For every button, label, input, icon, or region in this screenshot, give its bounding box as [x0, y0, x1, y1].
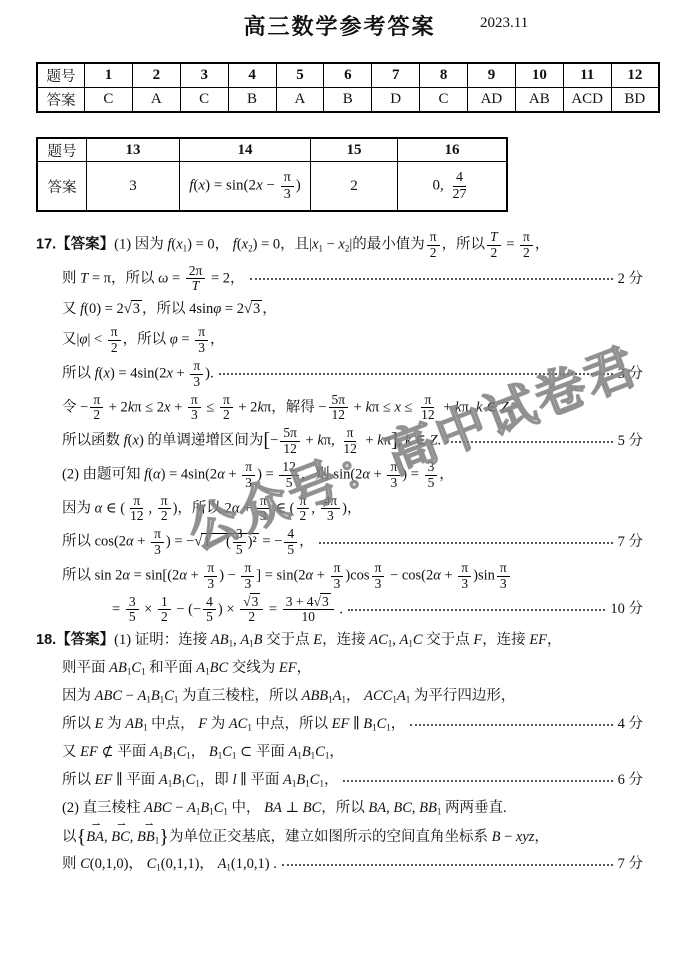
math-text: 17.【答案】(1) 因为 f(x1) = 0， f(x2) = 0，且|x1 …	[36, 230, 549, 261]
question-number: 13	[87, 138, 180, 162]
solution-line: = 35 × 12 − (−45) × √32 = 3 + 4√310 . 10…	[36, 595, 643, 626]
question-number: 5	[276, 63, 324, 88]
answer-cell: A	[132, 88, 180, 113]
solution-line: 所以 cos(2α + π3) = −√1 − (35)² = −45， 7 分	[36, 527, 643, 558]
answer-cell: B	[228, 88, 276, 113]
math-text: 所以 f(x) = 4sin(2x + π3).	[62, 359, 214, 390]
exam-date: 2023.11	[480, 15, 528, 32]
answer-cell: AD	[468, 88, 516, 113]
answer-table-1-12: 题号 1 2 3 4 5 6 7 8 9 10 11 12 答案 C A C B…	[36, 62, 660, 113]
question-number: 1	[85, 63, 133, 88]
answer-cell: C	[180, 88, 228, 113]
math-text: (2) 由题可知 f(α) = 4sin(2α + π3) = 125，则 si…	[62, 460, 454, 491]
answer-cell: 2	[311, 162, 398, 212]
math-text: 令 −π2 + 2kπ ≤ 2x + π3 ≤ π2 + 2kπ，解得 −5π1…	[62, 393, 512, 424]
math-text: 以{BA, BC, BB1}为单位正交基底，建立如图所示的空间直角坐标系 B −…	[62, 827, 549, 847]
answer-cell: ACD	[563, 88, 611, 113]
score-marker: 2 分	[618, 270, 643, 289]
solution-line: 因为 α ∈ (π12, π2)，所以 2α + π3 ∈ (π2, 4π3)，	[36, 494, 643, 525]
score-marker: 10 分	[610, 600, 643, 619]
solution-line: 以{BA, BC, BB1}为单位正交基底，建立如图所示的空间直角坐标系 B −…	[36, 824, 643, 849]
math-text: 所以 EF ∥ 平面 A1B1C1，即 l ∥ 平面 A1B1C1，	[62, 771, 338, 790]
math-text: 又|φ| < π2，所以 φ = π3，	[62, 325, 225, 356]
dotted-leader	[282, 864, 613, 866]
math-text: 所以函数 f(x) 的单调递增区间为[−5π12 + kπ, π12 + kπ]…	[62, 426, 441, 457]
math-text: 所以 sin 2α = sin[(2α + π3) − π3] = sin(2α…	[62, 561, 512, 592]
solution-line: 令 −π2 + 2kπ ≤ 2x + π3 ≤ π2 + 2kπ，解得 −5π1…	[36, 393, 643, 424]
score-marker: 3 分	[618, 365, 643, 384]
answer-cell: B	[324, 88, 372, 113]
question-number: 15	[311, 138, 398, 162]
page-title: 高三数学参考答案	[36, 10, 643, 41]
question-number: 4	[228, 63, 276, 88]
solution-line: 所以 EF ∥ 平面 A1B1C1，即 l ∥ 平面 A1B1C1， 6 分	[36, 768, 643, 793]
question-number: 7	[372, 63, 420, 88]
score-marker: 5 分	[618, 432, 643, 451]
solution-line: (2) 由题可知 f(α) = 4sin(2α + π3) = 125，则 si…	[36, 460, 643, 491]
solution-line: 所以 E 为 AB1 中点， F 为 AC1 中点，所以 EF ∥ B1C1， …	[36, 712, 643, 737]
score-marker: 4 分	[618, 715, 643, 734]
question-number: 12	[611, 63, 659, 88]
solution-18: 18.【答案】(1) 证明：连接 AB1, A1B 交于点 E，连接 AC1, …	[36, 628, 643, 877]
answer-cell: D	[372, 88, 420, 113]
question-number: 9	[468, 63, 516, 88]
score-marker: 6 分	[618, 771, 643, 790]
math-text: 18.【答案】(1) 证明：连接 AB1, A1B 交于点 E，连接 AC1, …	[36, 631, 562, 650]
title-bar: 高三数学参考答案 2023.11	[36, 10, 643, 46]
answer-cell: A	[276, 88, 324, 113]
answer-cell: f(x) = sin(2x − π3)	[180, 162, 311, 212]
table-row: 答案 C A C B A B D C AD AB ACD BD	[37, 88, 659, 113]
solution-line: 则 C(0,1,0)， C1(0,1,1)， A1(1,0,1) . 7 分	[36, 852, 643, 877]
math-text: 又 f(0) = 2√3，所以 4sinφ = 2√3，	[62, 300, 277, 319]
question-number: 6	[324, 63, 372, 88]
solution-line: 所以函数 f(x) 的单调递增区间为[−5π12 + kπ, π12 + kπ]…	[36, 426, 643, 457]
question-number: 11	[563, 63, 611, 88]
question-number: 8	[420, 63, 468, 88]
dotted-leader	[219, 373, 613, 375]
math-text: 则平面 AB1C1 和平面 A1BC 交线为 EF，	[62, 659, 311, 678]
question-number: 3	[180, 63, 228, 88]
answer-cell: C	[85, 88, 133, 113]
solution-line: 18.【答案】(1) 证明：连接 AB1, A1B 交于点 E，连接 AC1, …	[36, 628, 643, 653]
math-text: 因为 α ∈ (π12, π2)，所以 2α + π3 ∈ (π2, 4π3)，	[62, 494, 361, 525]
table-row: 答案 3 f(x) = sin(2x − π3) 2 0, 427	[37, 162, 507, 212]
table-row: 题号 13 14 15 16	[37, 138, 507, 162]
answer-table-13-16: 题号 13 14 15 16 答案 3 f(x) = sin(2x − π3) …	[36, 137, 508, 212]
solution-17: 17.【答案】(1) 因为 f(x1) = 0， f(x2) = 0，且|x1 …	[36, 230, 643, 625]
row-label: 题号	[37, 63, 85, 88]
solution-line: 则平面 AB1C1 和平面 A1BC 交线为 EF，	[36, 656, 643, 681]
score-marker: 7 分	[618, 855, 643, 874]
dotted-leader	[250, 278, 613, 280]
math-text: 因为 ABC − A1B1C1 为直三棱柱，所以 ABB1A1， ACC1A1 …	[62, 687, 515, 706]
dotted-leader	[319, 542, 613, 544]
solution-line: 所以 f(x) = 4sin(2x + π3). 3 分	[36, 359, 643, 390]
question-number: 16	[398, 138, 508, 162]
row-label: 答案	[37, 88, 85, 113]
solution-line: 则 T = π，所以 ω = 2πT = 2， 2 分	[36, 264, 643, 295]
solution-line: 所以 sin 2α = sin[(2α + π3) − π3] = sin(2α…	[36, 561, 643, 592]
answer-cell: BD	[611, 88, 659, 113]
score-marker: 7 分	[618, 533, 643, 552]
math-text: 所以 E 为 AB1 中点， F 为 AC1 中点，所以 EF ∥ B1C1，	[62, 715, 405, 734]
math-text: 所以 cos(2α + π3) = −√1 − (35)² = −45，	[62, 527, 314, 558]
solution-line: 又 f(0) = 2√3，所以 4sinφ = 2√3，	[36, 297, 643, 322]
solution-line: 因为 ABC − A1B1C1 为直三棱柱，所以 ABB1A1， ACC1A1 …	[36, 684, 643, 709]
question-number: 10	[515, 63, 563, 88]
dotted-leader	[348, 609, 605, 611]
math-text: (2) 直三棱柱 ABC − A1B1C1 中， BA ⊥ BC，所以 BA, …	[62, 799, 507, 818]
row-label: 答案	[37, 162, 87, 212]
answer-cell: AB	[515, 88, 563, 113]
solution-line: 又 EF ⊄ 平面 A1B1C1， B1C1 ⊂ 平面 A1B1C1，	[36, 740, 643, 765]
math-text: = 35 × 12 − (−45) × √32 = 3 + 4√310 .	[112, 595, 343, 626]
dotted-leader	[410, 724, 612, 726]
answer-cell: 0, 427	[398, 162, 508, 212]
solution-line: (2) 直三棱柱 ABC − A1B1C1 中， BA ⊥ BC，所以 BA, …	[36, 796, 643, 821]
solution-line: 17.【答案】(1) 因为 f(x1) = 0， f(x2) = 0，且|x1 …	[36, 230, 643, 261]
dotted-leader	[343, 780, 612, 782]
row-label: 题号	[37, 138, 87, 162]
math-text: 则 C(0,1,0)， C1(0,1,1)， A1(1,0,1) .	[62, 855, 277, 874]
answer-sheet-page: 高三数学参考答案 2023.11 题号 1 2 3 4 5 6 7 8 9 10…	[0, 0, 693, 973]
math-text: 则 T = π，所以 ω = 2πT = 2，	[62, 264, 245, 295]
question-number: 2	[132, 63, 180, 88]
math-text: 又 EF ⊄ 平面 A1B1C1， B1C1 ⊂ 平面 A1B1C1，	[62, 743, 344, 762]
table-row: 题号 1 2 3 4 5 6 7 8 9 10 11 12	[37, 63, 659, 88]
solution-line: 又|φ| < π2，所以 φ = π3，	[36, 325, 643, 356]
answer-cell: 3	[87, 162, 180, 212]
dotted-leader	[446, 441, 612, 443]
answer-cell: C	[420, 88, 468, 113]
question-number: 14	[180, 138, 311, 162]
